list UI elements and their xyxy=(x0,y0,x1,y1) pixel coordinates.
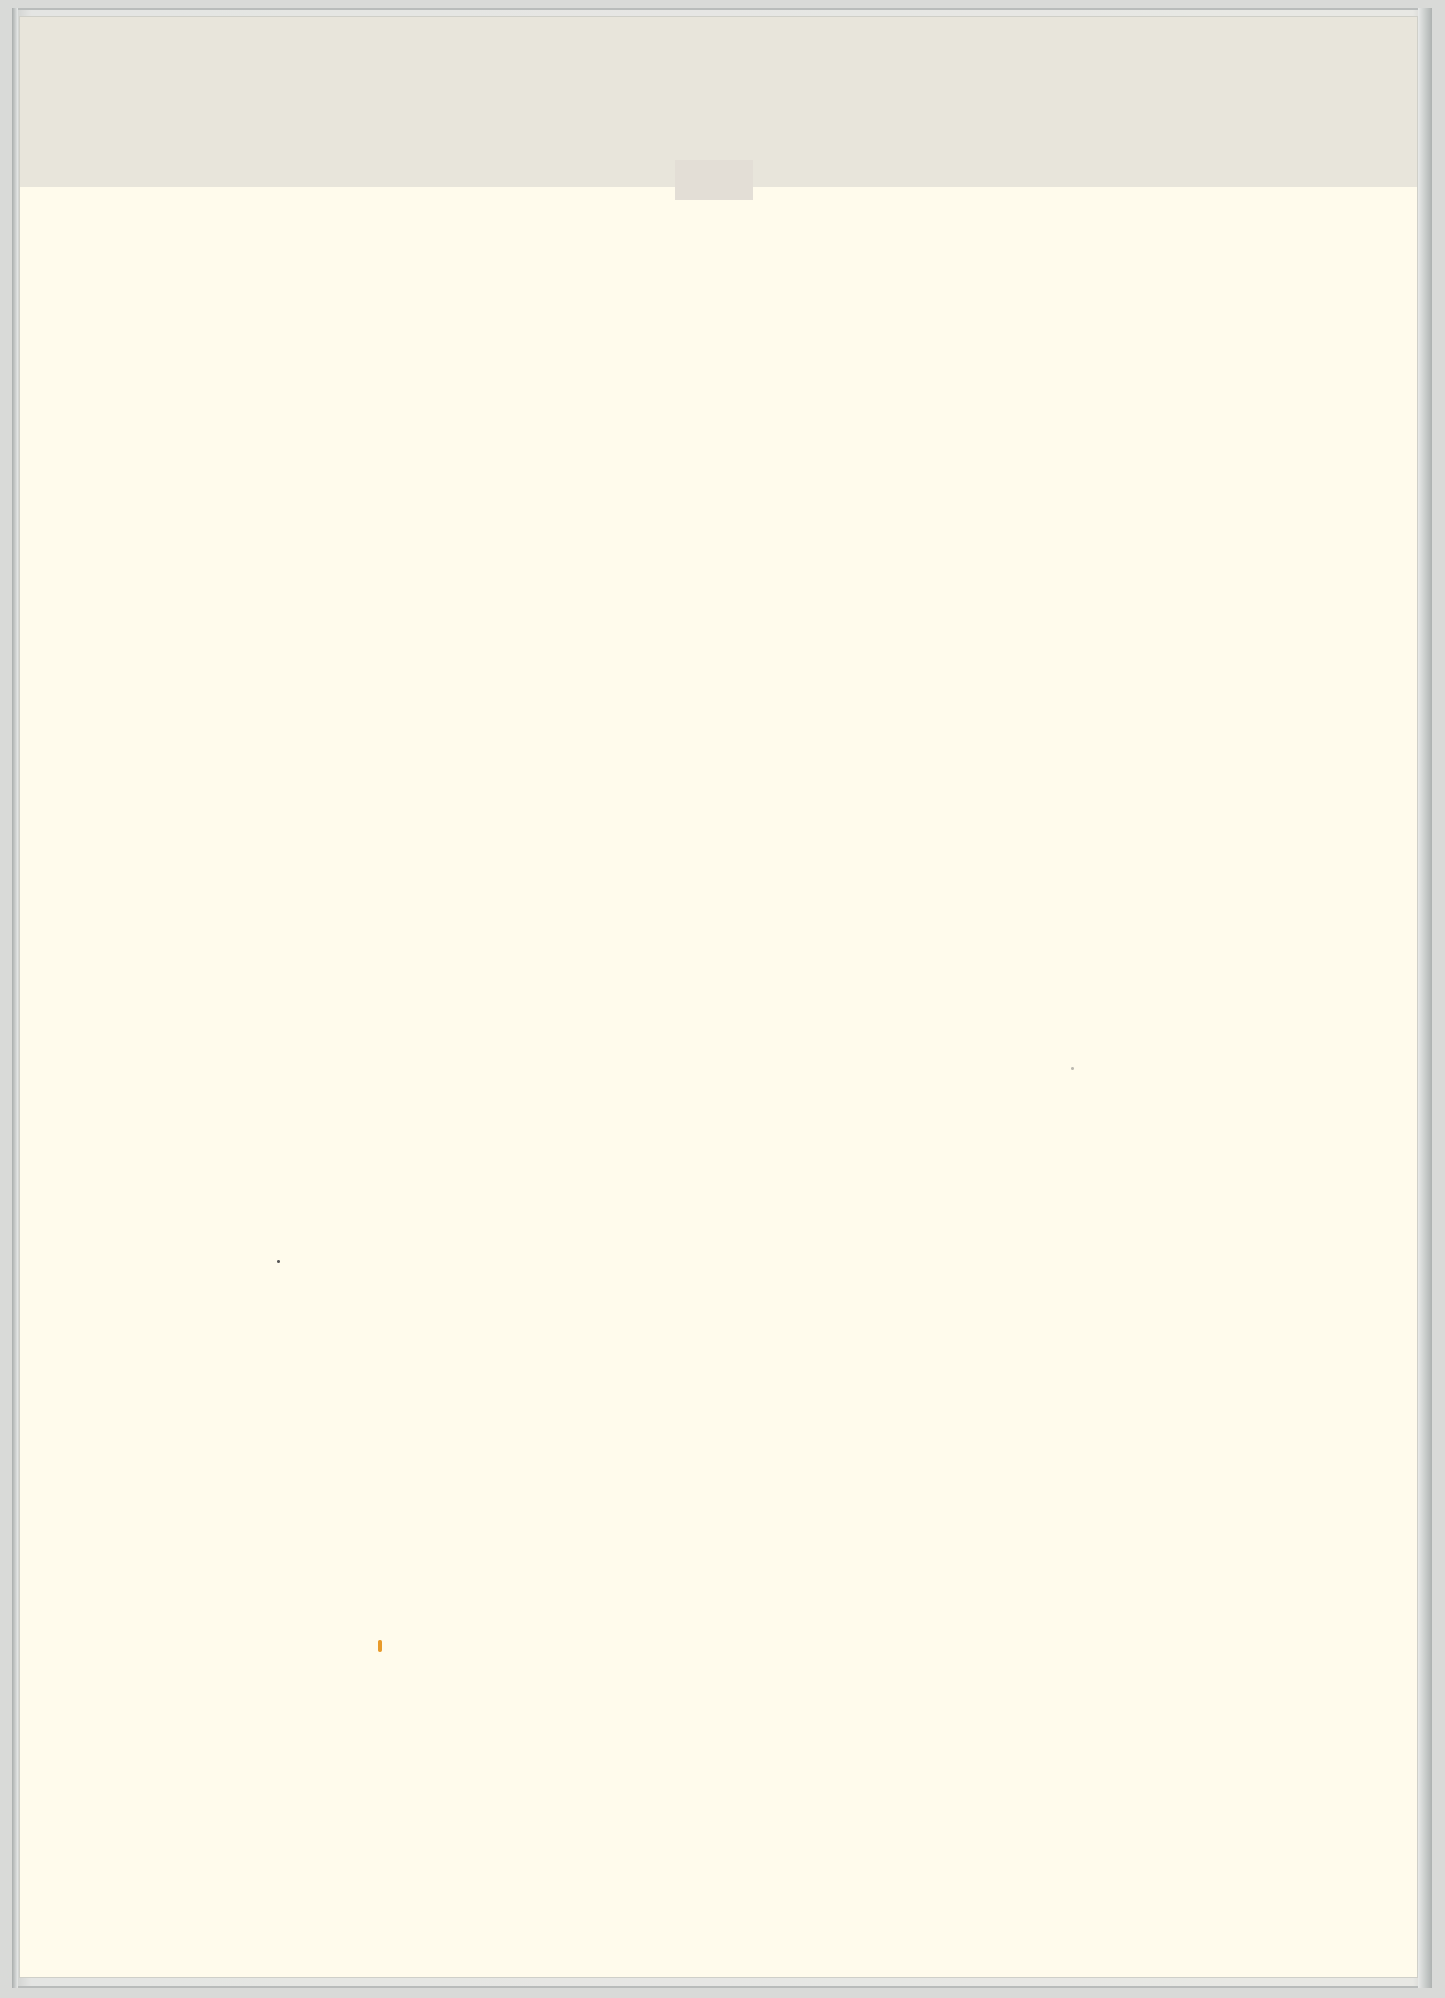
scanned-page xyxy=(20,17,1417,1977)
dust-dot xyxy=(1071,1067,1074,1070)
dust-dot xyxy=(277,1260,280,1263)
sleeve-right-edge xyxy=(1418,8,1432,1988)
orange-speck xyxy=(378,1640,382,1652)
sleeve-left-edge xyxy=(12,8,18,1988)
tape-mark xyxy=(675,160,753,200)
